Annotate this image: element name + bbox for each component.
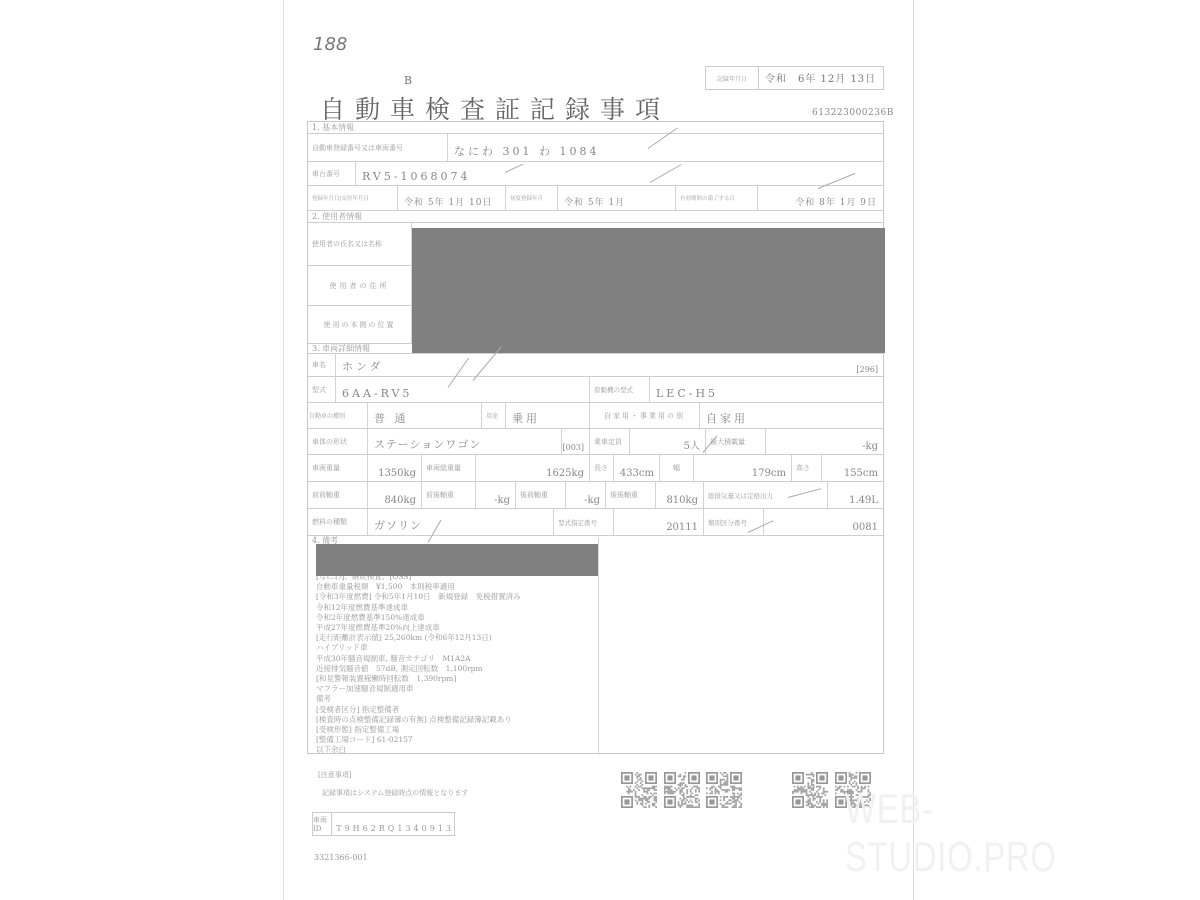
type-designation-value: 20111	[614, 509, 704, 535]
field-label: 有効期間の満了する日	[676, 186, 758, 210]
field-label: 型式指定番号	[554, 509, 614, 535]
model-value: 6AA-RV5	[336, 377, 590, 402]
rear-axle-value: 810kg	[656, 482, 704, 508]
width-value: 179cm	[694, 455, 792, 481]
field-label: 最大積載量	[706, 429, 766, 454]
field-label: 自動車の種別	[308, 403, 368, 428]
field-label: 型式	[308, 377, 336, 402]
body-shape-value: ステーションワゴン	[368, 429, 562, 454]
rear-front-axle-value: -kg	[566, 482, 606, 508]
field-label: 使用者の住所	[308, 266, 412, 305]
qr-code-icon	[664, 772, 700, 808]
field-label: 車体の形状	[308, 429, 368, 454]
field-label: 類別区分番号	[704, 509, 764, 535]
field-label: 使用の本拠の位置	[308, 306, 412, 343]
qr-code-icon	[792, 772, 828, 808]
field-label: 登録年月日/交付年月日	[308, 186, 398, 210]
row-body: 車体の形状 ステーションワゴン [003] 乗車定員 5人 最大積載量 -kg	[308, 429, 883, 455]
page-right-edge	[913, 0, 914, 900]
vehicle-id-box: 車両ID T9H62RQ1340913	[312, 812, 455, 836]
field-label: 車両総重量	[422, 455, 476, 481]
record-date-label: 記録年月日	[706, 67, 759, 89]
field-label: 燃料の種類	[308, 509, 368, 535]
field-label: 初度登録年月	[506, 186, 558, 210]
field-label: 自動車登録番号又は車両番号	[308, 134, 448, 161]
field-label: 使用者の氏名又は名称	[308, 223, 412, 265]
field-label: 車名	[308, 354, 336, 376]
chassis-number-value: RV5-1068074	[356, 162, 883, 185]
field-label: 用途	[482, 403, 506, 428]
form-variant-mark: B	[404, 74, 412, 87]
inspection-record-form: 1. 基本情報 自動車登録番号又は車両番号 なにわ 301 わ 1084 車台番…	[307, 121, 884, 754]
capacity-value: 5人	[630, 429, 706, 454]
field-label: 前前軸重	[308, 482, 368, 508]
field-label: 車台番号	[308, 162, 356, 185]
field-label: 乗車定員	[590, 429, 630, 454]
registration-number-value: なにわ 301 わ 1084	[448, 134, 883, 161]
page-left-edge	[283, 0, 284, 900]
maker-code: [296]	[843, 354, 883, 376]
field-label: 長さ	[590, 455, 614, 481]
section-heading: 1. 基本情報	[308, 122, 883, 133]
expiry-date-value: 令和 8年 1月 9日	[758, 186, 883, 210]
section2-heading: 2. 使用者情報	[308, 211, 883, 223]
gross-weight-value: 1625kg	[476, 455, 590, 481]
purpose-value: 乗用	[506, 403, 590, 428]
row-class: 自動車の種別 普 通 用途 乗用 自家用・事業用の別 自家用	[308, 403, 883, 429]
engine-model-value: LEC-H5	[650, 377, 883, 402]
vehicle-weight-value: 1350kg	[368, 455, 422, 481]
remarks-text: [なにわ]、継続検査、[OSS] 自動車重量税額 ¥1,500 本則税率適用 […	[316, 572, 606, 756]
max-load-value: -kg	[766, 429, 883, 454]
vehicle-id-label: 車両ID	[313, 813, 332, 835]
document-number: 613223000236B	[812, 108, 894, 118]
qr-code-icon	[621, 772, 657, 808]
row-model: 型式 6AA-RV5 原動機の型式 LEC-H5	[308, 377, 883, 403]
vehicle-id-value: T9H62RQ1340913	[332, 813, 454, 835]
body-shape-code: [003]	[538, 429, 590, 454]
row-chassis: 車台番号 RV5-1068074	[308, 162, 883, 186]
maker-value: ホンダ	[336, 354, 843, 376]
category-number-value: 0081	[764, 509, 883, 535]
field-label: 車両重量	[308, 455, 368, 481]
field-label: 後後軸重	[606, 482, 656, 508]
front-axle-value: 840kg	[368, 482, 422, 508]
field-label: 自家用・事業用の別	[590, 403, 700, 428]
field-label: 後前軸重	[516, 482, 566, 508]
qr-code-icon	[706, 772, 742, 808]
notes-heading: [注意事項]	[318, 770, 351, 780]
front-rear-axle-value: -kg	[476, 482, 516, 508]
notes-text: 記録事項はシステム登録時点の情報となります	[322, 788, 468, 798]
redaction-remarks	[316, 544, 598, 576]
section1-heading: 1. 基本情報	[308, 122, 883, 134]
vehicle-class-value: 普 通	[368, 403, 482, 428]
height-value: 155cm	[822, 455, 883, 481]
watermark: WEB-STUDIO.PRO	[845, 785, 1122, 881]
displacement-value: 1.49L	[828, 482, 883, 508]
footer-number: 3321366-001	[314, 853, 368, 862]
record-date-value: 令和 6年 12月 13日	[759, 67, 883, 89]
first-year-value: 令和 5年 1月	[558, 186, 676, 210]
row-fuel: 燃料の種類 ガソリン 型式指定番号 20111 類別区分番号 0081	[308, 509, 883, 536]
record-date-box: 記録年月日 令和 6年 12月 13日	[705, 66, 884, 90]
section-heading: 2. 使用者情報	[308, 211, 883, 222]
fuel-value: ガソリン	[368, 509, 554, 535]
field-label: 総排気量又は定格出力	[704, 482, 828, 508]
handwritten-note: 188	[313, 34, 347, 55]
private-business-value: 自家用	[700, 403, 883, 428]
field-label: 原動機の型式	[590, 377, 650, 402]
row-registration: 自動車登録番号又は車両番号 なにわ 301 わ 1084	[308, 134, 883, 162]
row-weights: 車両重量 1350kg 車両総重量 1625kg 長さ 433cm 幅 179c…	[308, 455, 883, 482]
field-label: 幅	[660, 455, 694, 481]
row-maker: 車名 ホンダ [296]	[308, 354, 883, 377]
registration-date-value: 令和 5年 1月 10日	[398, 186, 506, 210]
redaction-user-info	[412, 228, 885, 353]
field-label: 高さ	[792, 455, 822, 481]
length-value: 433cm	[614, 455, 660, 481]
row-dates: 登録年月日/交付年月日 令和 5年 1月 10日 初度登録年月 令和 5年 1月…	[308, 186, 883, 211]
field-label: 前後軸重	[422, 482, 476, 508]
